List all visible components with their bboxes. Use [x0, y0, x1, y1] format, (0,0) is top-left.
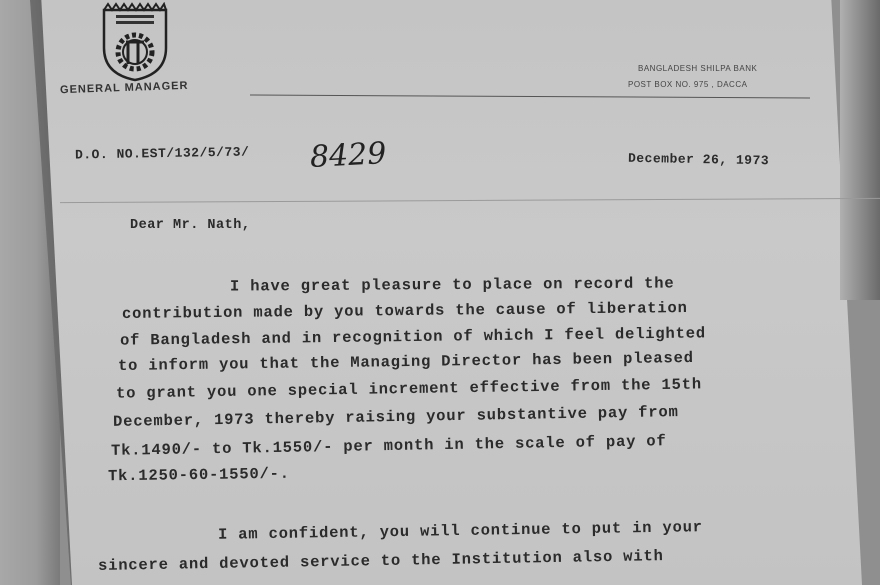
body-line: contribution made by you towards the cau… [122, 299, 688, 323]
body-line: sincere and devoted service to the Insti… [98, 547, 664, 575]
body-line: I have great pleasure to place on record… [230, 274, 675, 295]
bank-emblem-icon [98, 2, 172, 82]
bank-name: BANGLADESH SHILPA BANK [638, 64, 757, 73]
letterhead-rule [250, 95, 810, 99]
bank-address: POST BOX NO. 975 , DACCA [628, 80, 747, 89]
body-line: Tk.1490/- to Tk.1550/- per month in the … [111, 432, 667, 460]
handwritten-reference: 8429 [309, 136, 387, 175]
body-line: of Bangladesh and in recognition of whic… [120, 324, 706, 349]
body-line: to inform you that the Managing Director… [118, 349, 694, 375]
reference-number: D.O. NO.EST/132/5/73/ [75, 144, 250, 162]
body-line: to grant you one special increment effec… [116, 375, 702, 402]
letter-date: December 26, 1973 [628, 151, 769, 168]
salutation: Dear Mr. Nath, [130, 218, 250, 233]
letterhead-title: GENERAL MANAGER [60, 80, 189, 96]
body-line: I am confident, you will continue to put… [218, 518, 703, 544]
fold-line [60, 198, 880, 203]
letter: GENERAL MANAGER BANGLADESH SHILPA BANK P… [0, 0, 880, 585]
body-line: December, 1973 thereby raising your subs… [113, 403, 679, 431]
body-line: Tk.1250-60-1550/-. [108, 465, 290, 486]
